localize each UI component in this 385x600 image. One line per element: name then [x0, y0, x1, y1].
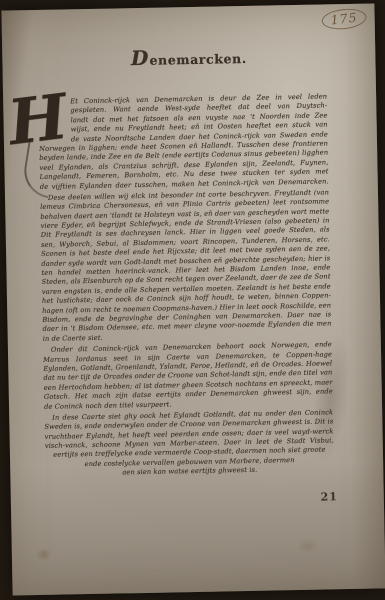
- title-initial: D: [131, 46, 149, 70]
- stain-spot: [36, 548, 52, 561]
- book-page: 175 Denemarcken. H Et Coninck-rijck van …: [1, 3, 385, 595]
- paragraph: Et Coninck-rijck van Denemarcken is deur…: [38, 92, 329, 191]
- text-block: H Et Coninck-rijck van Denemarcken is de…: [38, 92, 334, 479]
- stain-spot: [297, 538, 319, 554]
- title-text: enemarcken.: [149, 51, 246, 68]
- folio-annotation: 175: [321, 7, 368, 32]
- paragraph: Onder dit Coninck-rijck van Denemarcken …: [43, 341, 333, 412]
- page-number: 21: [320, 490, 338, 503]
- paragraph: Dese deelen willen wij elck int besonder…: [40, 188, 332, 344]
- paragraph: In dese Caerte siet ghy oock het Eylandt…: [44, 408, 334, 479]
- page-title: Denemarcken.: [2, 41, 375, 72]
- folio-number: 175: [330, 10, 358, 28]
